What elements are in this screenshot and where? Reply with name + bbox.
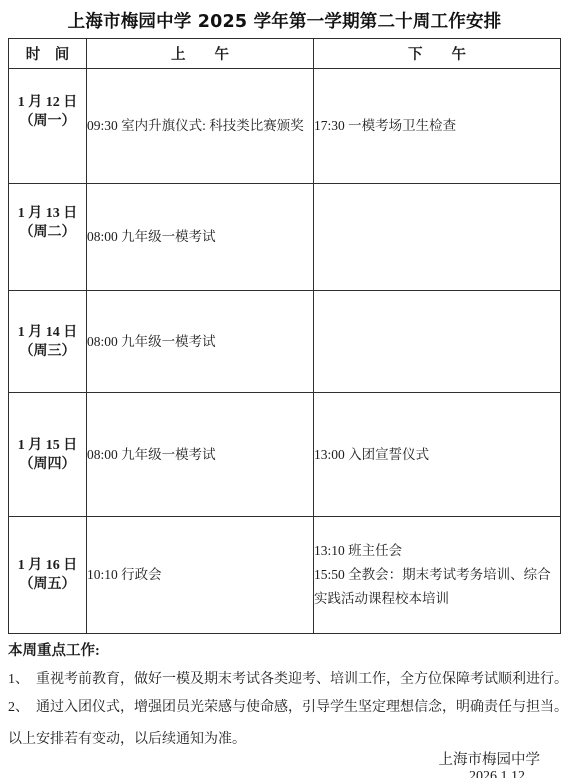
- header-row: 时 间 上 午 下 午: [9, 39, 561, 69]
- event-text: 15:50 全教会：期末考试考务培训、综合实践活动课程校本培训: [314, 563, 560, 611]
- date-label: 1 月 13 日: [9, 204, 86, 223]
- date-label: 1 月 12 日: [9, 93, 86, 112]
- note-item: 1、重视考前教育，做好一模及期末考试各类迎考、培训工作，全方位保障考试顺利进行。: [8, 671, 569, 688]
- note-marker: 1、: [8, 672, 29, 687]
- morning-cell: 08:00 九年级一模考试: [87, 393, 314, 517]
- table-row: 1 月 13 日 （周二） 08:00 九年级一模考试: [9, 184, 561, 291]
- date-block: 1 月 14 日 （周三）: [9, 323, 86, 361]
- note-text: 通过入团仪式，增强团员光荣感与使命感，引导学生坚定理想信念，明确责任与担当。: [36, 700, 568, 715]
- signature-school: 上海市梅园中学: [0, 752, 540, 768]
- table-row: 1 月 16 日 （周五） 10:10 行政会 13:10 班主任会 15:50…: [9, 517, 561, 634]
- afternoon-cell: [314, 184, 561, 291]
- morning-cell: 10:10 行政会: [87, 517, 314, 634]
- signature-block: 上海市梅园中学 2026.1.12: [0, 752, 569, 778]
- date-label: 1 月 14 日: [9, 323, 86, 342]
- note-marker: 2、: [8, 700, 29, 715]
- date-label: 1 月 16 日: [9, 556, 86, 575]
- weekday-label: （周三）: [9, 342, 86, 361]
- afternoon-cell: 13:00 入团宣誓仪式: [314, 393, 561, 517]
- weekly-notes-section: 本周重点工作: 1、重视考前教育，做好一模及期末考试各类迎考、培训工作，全方位保…: [8, 643, 569, 748]
- signature-date: 2026.1.12: [0, 769, 525, 778]
- date-cell: 1 月 13 日 （周二）: [9, 184, 87, 291]
- afternoon-cell: 17:30 一模考场卫生检查: [314, 69, 561, 184]
- morning-cell: 08:00 九年级一模考试: [87, 291, 314, 393]
- morning-cell: 09:30 室内升旗仪式: 科技类比赛颁奖: [87, 69, 314, 184]
- event-text: 08:00 九年级一模考试: [87, 225, 313, 249]
- date-label: 1 月 15 日: [9, 436, 86, 455]
- date-cell: 1 月 12 日 （周一）: [9, 69, 87, 184]
- weekday-label: （周五）: [9, 575, 86, 594]
- afternoon-cell: 13:10 班主任会 15:50 全教会：期末考试考务培训、综合实践活动课程校本…: [314, 517, 561, 634]
- date-cell: 1 月 16 日 （周五）: [9, 517, 87, 634]
- table-row: 1 月 12 日 （周一） 09:30 室内升旗仪式: 科技类比赛颁奖 17:3…: [9, 69, 561, 184]
- weekday-label: （周一）: [9, 112, 86, 131]
- afternoon-cell: [314, 291, 561, 393]
- date-block: 1 月 16 日 （周五）: [9, 556, 86, 594]
- note-text: 重视考前教育，做好一模及期末考试各类迎考、培训工作，全方位保障考试顺利进行。: [36, 672, 568, 687]
- col-header-time: 时 间: [9, 39, 87, 69]
- note-item: 2、通过入团仪式，增强团员光荣感与使命感，引导学生坚定理想信念，明确责任与担当。: [8, 699, 569, 716]
- schedule-table: 时 间 上 午 下 午 1 月 12 日 （周一） 09:30 室内升旗仪式: …: [8, 38, 561, 634]
- page-title: 上海市梅园中学 2025 学年第一学期第二十周工作安排: [0, 0, 569, 33]
- event-text: 08:00 九年级一模考试: [87, 443, 313, 467]
- event-text: 13:00 入团宣誓仪式: [314, 443, 560, 467]
- event-text: 13:10 班主任会: [314, 539, 560, 563]
- disclaimer-text: 以上安排若有变动，以后续通知为准。: [8, 731, 569, 748]
- event-text: 09:30 室内升旗仪式: 科技类比赛颁奖: [87, 114, 313, 138]
- date-block: 1 月 12 日 （周一）: [9, 93, 86, 131]
- date-cell: 1 月 14 日 （周三）: [9, 291, 87, 393]
- event-text: 08:00 九年级一模考试: [87, 330, 313, 354]
- col-header-morning: 上 午: [87, 39, 314, 69]
- weekday-label: （周二）: [9, 223, 86, 242]
- table-row: 1 月 15 日 （周四） 08:00 九年级一模考试 13:00 入团宣誓仪式: [9, 393, 561, 517]
- event-text: 17:30 一模考场卫生检查: [314, 114, 560, 138]
- date-block: 1 月 13 日 （周二）: [9, 204, 86, 242]
- weekday-label: （周四）: [9, 455, 86, 474]
- table-row: 1 月 14 日 （周三） 08:00 九年级一模考试: [9, 291, 561, 393]
- date-cell: 1 月 15 日 （周四）: [9, 393, 87, 517]
- col-header-afternoon: 下 午: [314, 39, 561, 69]
- date-block: 1 月 15 日 （周四）: [9, 436, 86, 474]
- event-text: 10:10 行政会: [87, 563, 313, 587]
- notes-heading: 本周重点工作:: [8, 643, 569, 660]
- morning-cell: 08:00 九年级一模考试: [87, 184, 314, 291]
- document-page: 上海市梅园中学 2025 学年第一学期第二十周工作安排 时 间 上 午 下 午 …: [0, 0, 569, 778]
